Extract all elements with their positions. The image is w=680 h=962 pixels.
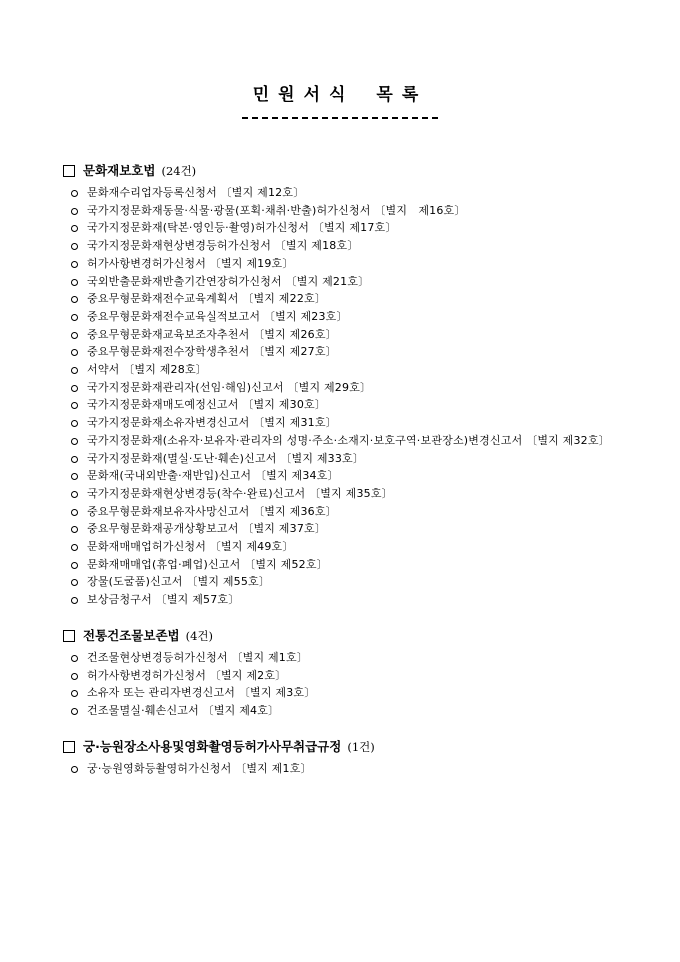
list-item: 문화재수리업자등록신청서 〔별지 제12호〕 — [63, 184, 633, 202]
list-item: 보상금청구서 〔별지 제57호〕 — [63, 591, 633, 609]
section-header: 궁·능원장소사용및영화촬영등허가사무취급규정 (1건) — [63, 736, 633, 758]
form-name: 문화재(국내외반출·재반입)신고서 〔별지 제34호〕 — [87, 469, 339, 482]
section-items: 건조물현상변경등허가신청서 〔별지 제1호〕허가사항변경허가신청서 〔별지 제2… — [63, 649, 633, 720]
section-header: 문화재보호법 (24건) — [63, 160, 633, 182]
circle-bullet-icon — [71, 456, 78, 463]
form-name: 문화재매매업허가신청서 〔별지 제49호〕 — [87, 540, 294, 553]
list-item: 중요무형문화재전수교육계획서 〔별지 제22호〕 — [63, 290, 633, 308]
circle-bullet-icon — [71, 473, 78, 480]
section-count: (24건) — [161, 160, 196, 182]
list-item: 문화재매매업(휴업·폐업)신고서 〔별지 제52호〕 — [63, 556, 633, 574]
circle-bullet-icon — [71, 766, 78, 773]
section-count: (4건) — [186, 625, 213, 647]
list-item: 중요무형문화재교육보조자추천서 〔별지 제26호〕 — [63, 326, 633, 344]
list-item: 중요무형문화재전수장학생추천서 〔별지 제27호〕 — [63, 343, 633, 361]
form-name: 중요무형문화재전수장학생추천서 〔별지 제27호〕 — [87, 345, 337, 358]
list-item: 소유자 또는 관리자변경신고서 〔별지 제3호〕 — [63, 684, 633, 702]
checkbox-square-icon — [63, 741, 75, 753]
form-name: 중요무형문화재공개상황보고서 〔별지 제37호〕 — [87, 522, 326, 535]
list-item: 중요무형문화재공개상황보고서 〔별지 제37호〕 — [63, 520, 633, 538]
list-item: 국가지정문화재동물·식물·광물(포획·채취·반출)허가신청서 〔별지 제16호〕 — [63, 202, 633, 220]
circle-bullet-icon — [71, 402, 78, 409]
circle-bullet-icon — [71, 655, 78, 662]
circle-bullet-icon — [71, 190, 78, 197]
circle-bullet-icon — [71, 296, 78, 303]
form-name: 허가사항변경허가신청서 〔별지 제2호〕 — [87, 669, 286, 682]
list-item: 국가지정문화재(멸실·도난·훼손)신고서 〔별지 제33호〕 — [63, 450, 633, 468]
list-item: 국외반출문화재반출기간연장허가신청서 〔별지 제21호〕 — [63, 273, 633, 291]
form-name: 소유자 또는 관리자변경신고서 〔별지 제3호〕 — [87, 686, 315, 699]
form-name: 장물(도굴품)신고서 〔별지 제55호〕 — [87, 575, 270, 588]
section-header: 전통건조물보존법 (4건) — [63, 625, 633, 647]
list-item: 허가사항변경허가신청서 〔별지 제2호〕 — [63, 667, 633, 685]
circle-bullet-icon — [71, 544, 78, 551]
list-item: 국가지정문화재(탁본·영인등·촬영)허가신청서 〔별지 제17호〕 — [63, 219, 633, 237]
list-item: 국가지정문화재소유자변경신고서 〔별지 제31호〕 — [63, 414, 633, 432]
form-name: 문화재수리업자등록신청서 〔별지 제12호〕 — [87, 186, 304, 199]
circle-bullet-icon — [71, 385, 78, 392]
form-name: 건조물멸실·훼손신고서 〔별지 제4호〕 — [87, 704, 279, 717]
checkbox-square-icon — [63, 165, 75, 177]
circle-bullet-icon — [71, 208, 78, 215]
form-name: 서약서 〔별지 제28호〕 — [87, 363, 207, 376]
title-part-1: 민원서식 — [253, 85, 355, 105]
circle-bullet-icon — [71, 349, 78, 356]
circle-bullet-icon — [71, 438, 78, 445]
circle-bullet-icon — [71, 579, 78, 586]
form-name: 국가지정문화재(소유자·보유자·관리자의 성명·주소·소재지·보호구역·보관장소… — [87, 434, 610, 447]
list-item: 허가사항변경허가신청서 〔별지 제19호〕 — [63, 255, 633, 273]
form-name: 중요무형문화재전수교육계획서 〔별지 제22호〕 — [87, 292, 326, 305]
circle-bullet-icon — [71, 673, 78, 680]
circle-bullet-icon — [71, 243, 78, 250]
list-item: 궁·능원영화등촬영허가신청서 〔별지 제1호〕 — [63, 760, 633, 778]
circle-bullet-icon — [71, 332, 78, 339]
circle-bullet-icon — [71, 597, 78, 604]
circle-bullet-icon — [71, 708, 78, 715]
list-item: 국가지정문화재현상변경등허가신청서 〔별지 제18호〕 — [63, 237, 633, 255]
list-item: 국가지정문화재현상변경등(착수·완료)신고서 〔별지 제35호〕 — [63, 485, 633, 503]
section-traditional-building-act: 전통건조물보존법 (4건) 건조물현상변경등허가신청서 〔별지 제1호〕허가사항… — [63, 625, 633, 720]
circle-bullet-icon — [71, 562, 78, 569]
form-name: 궁·능원영화등촬영허가신청서 〔별지 제1호〕 — [87, 762, 312, 775]
form-name: 국가지정문화재현상변경등(착수·완료)신고서 〔별지 제35호〕 — [87, 487, 393, 500]
list-item: 중요무형문화재전수교육실적보고서 〔별지 제23호〕 — [63, 308, 633, 326]
form-list: 문화재보호법 (24건) 문화재수리업자등록신청서 〔별지 제12호〕국가지정문… — [63, 160, 633, 793]
form-name: 국가지정문화재(탁본·영인등·촬영)허가신청서 〔별지 제17호〕 — [87, 221, 397, 234]
circle-bullet-icon — [71, 367, 78, 374]
form-name: 건조물현상변경등허가신청서 〔별지 제1호〕 — [87, 651, 308, 664]
form-name: 국가지정문화재현상변경등허가신청서 〔별지 제18호〕 — [87, 239, 359, 252]
list-item: 서약서 〔별지 제28호〕 — [63, 361, 633, 379]
circle-bullet-icon — [71, 261, 78, 268]
list-item: 국가지정문화재매도예정신고서 〔별지 제30호〕 — [63, 396, 633, 414]
list-item: 문화재(국내외반출·재반입)신고서 〔별지 제34호〕 — [63, 467, 633, 485]
list-item: 건조물멸실·훼손신고서 〔별지 제4호〕 — [63, 702, 633, 720]
circle-bullet-icon — [71, 526, 78, 533]
form-name: 허가사항변경허가신청서 〔별지 제19호〕 — [87, 257, 294, 270]
form-name: 국가지정문화재동물·식물·광물(포획·채취·반출)허가신청서 〔별지 제16호〕 — [87, 204, 466, 217]
title-underline — [242, 117, 438, 119]
section-items: 궁·능원영화등촬영허가신청서 〔별지 제1호〕 — [63, 760, 633, 778]
form-name: 중요무형문화재교육보조자추천서 〔별지 제26호〕 — [87, 328, 337, 341]
section-palace-filming-regulation: 궁·능원장소사용및영화촬영등허가사무취급규정 (1건) 궁·능원영화등촬영허가신… — [63, 736, 633, 778]
circle-bullet-icon — [71, 491, 78, 498]
circle-bullet-icon — [71, 314, 78, 321]
section-items: 문화재수리업자등록신청서 〔별지 제12호〕국가지정문화재동물·식물·광물(포획… — [63, 184, 633, 609]
list-item: 국가지정문화재(소유자·보유자·관리자의 성명·주소·소재지·보호구역·보관장소… — [63, 432, 633, 450]
section-title: 전통건조물보존법 — [83, 625, 180, 647]
form-name: 중요무형문화재보유자사망신고서 〔별지 제36호〕 — [87, 505, 337, 518]
list-item: 건조물현상변경등허가신청서 〔별지 제1호〕 — [63, 649, 633, 667]
list-item: 중요무형문화재보유자사망신고서 〔별지 제36호〕 — [63, 503, 633, 521]
section-title: 궁·능원장소사용및영화촬영등허가사무취급규정 — [83, 736, 341, 758]
form-name: 중요무형문화재전수교육실적보고서 〔별지 제23호〕 — [87, 310, 348, 323]
list-item: 문화재매매업허가신청서 〔별지 제49호〕 — [63, 538, 633, 556]
circle-bullet-icon — [71, 420, 78, 427]
circle-bullet-icon — [71, 690, 78, 697]
circle-bullet-icon — [71, 509, 78, 516]
section-title: 문화재보호법 — [83, 160, 155, 182]
form-name: 국가지정문화재관리자(선임·해임)신고서 〔별지 제29호〕 — [87, 381, 371, 394]
list-item: 국가지정문화재관리자(선임·해임)신고서 〔별지 제29호〕 — [63, 379, 633, 397]
circle-bullet-icon — [71, 225, 78, 232]
title-part-2: 목록 — [376, 85, 427, 105]
form-name: 보상금청구서 〔별지 제57호〕 — [87, 593, 239, 606]
page-title: 민원서식목록 — [0, 80, 680, 105]
form-name: 국가지정문화재(멸실·도난·훼손)신고서 〔별지 제33호〕 — [87, 452, 364, 465]
form-name: 국가지정문화재매도예정신고서 〔별지 제30호〕 — [87, 398, 326, 411]
list-item: 장물(도굴품)신고서 〔별지 제55호〕 — [63, 573, 633, 591]
form-name: 문화재매매업(휴업·폐업)신고서 〔별지 제52호〕 — [87, 558, 328, 571]
section-cultural-heritage-act: 문화재보호법 (24건) 문화재수리업자등록신청서 〔별지 제12호〕국가지정문… — [63, 160, 633, 609]
form-name: 국가지정문화재소유자변경신고서 〔별지 제31호〕 — [87, 416, 337, 429]
checkbox-square-icon — [63, 630, 75, 642]
form-name: 국외반출문화재반출기간연장허가신청서 〔별지 제21호〕 — [87, 275, 369, 288]
circle-bullet-icon — [71, 279, 78, 286]
section-count: (1건) — [347, 736, 374, 758]
